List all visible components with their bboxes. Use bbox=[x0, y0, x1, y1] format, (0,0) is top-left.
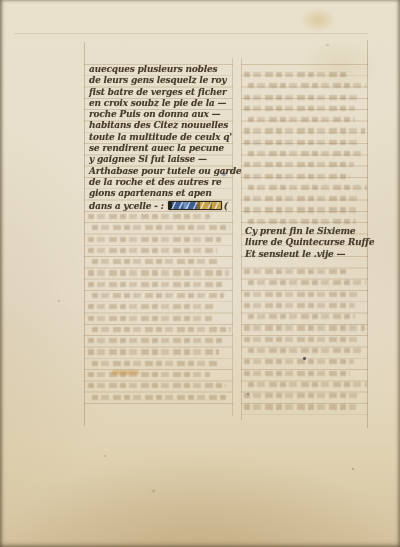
text-line-end: dans a ycelle - : bbox=[89, 202, 164, 212]
text-line: toute la multitude de ceulx q' bbox=[89, 133, 235, 144]
explicit-line: liure de Quintecurse Ruffe bbox=[245, 238, 369, 249]
text-line-with-ornament: dans a ycelle - :( bbox=[89, 201, 235, 212]
text-line: habitans des Citez nouuelles bbox=[89, 121, 235, 132]
showthrough-right-column-top bbox=[244, 72, 366, 230]
ink-speck bbox=[303, 357, 306, 360]
text-line: roche Puis on donna aux — bbox=[89, 110, 235, 121]
text-line: fist batre de verges et ficher bbox=[89, 88, 235, 99]
text-line: de leurs gens lesquelz le roy bbox=[89, 76, 235, 87]
ink-speck bbox=[247, 393, 249, 395]
explicit-text-block: Cy prent fin le Sixieme liure de Quintec… bbox=[245, 227, 369, 261]
stain-speck bbox=[326, 44, 329, 46]
parchment-speck bbox=[152, 490, 155, 492]
parchment-speck bbox=[352, 468, 354, 470]
text-line: gions apartenans et apen bbox=[89, 189, 235, 200]
text-line: Arthabase pour tutele ou garde bbox=[89, 167, 235, 178]
parchment-speck bbox=[58, 300, 60, 302]
text-line: en croix soubz le pie de la — bbox=[89, 99, 235, 110]
ink-speck bbox=[222, 172, 226, 176]
line-filler-tail-mark: ( bbox=[224, 202, 228, 212]
explicit-line: Cy prent fin le Sixieme bbox=[245, 227, 369, 238]
left-text-column: auecques plusieurs nobles de leurs gens … bbox=[89, 65, 235, 212]
line-filler-ornament-icon bbox=[168, 201, 222, 210]
parchment-speck bbox=[104, 455, 106, 457]
vertical-ruling-right-inner bbox=[241, 58, 242, 420]
showthrough-ornament-glow bbox=[112, 370, 139, 375]
text-line: y gaignee Si fut laisse — bbox=[89, 155, 235, 166]
text-line: de la roche et des autres re bbox=[89, 178, 235, 189]
text-line: auecques plusieurs nobles bbox=[89, 65, 235, 76]
manuscript-page: auecques plusieurs nobles de leurs gens … bbox=[0, 0, 400, 547]
explicit-line: Et sensieut le .vije — bbox=[245, 250, 369, 261]
horizontal-ruling-top bbox=[14, 33, 368, 34]
text-line: se rendirent auec la pecune bbox=[89, 144, 235, 155]
vertical-ruling-left-outer bbox=[84, 42, 85, 426]
showthrough-right-column-bottom bbox=[244, 269, 366, 416]
showthrough-left-column-bottom bbox=[88, 214, 230, 406]
